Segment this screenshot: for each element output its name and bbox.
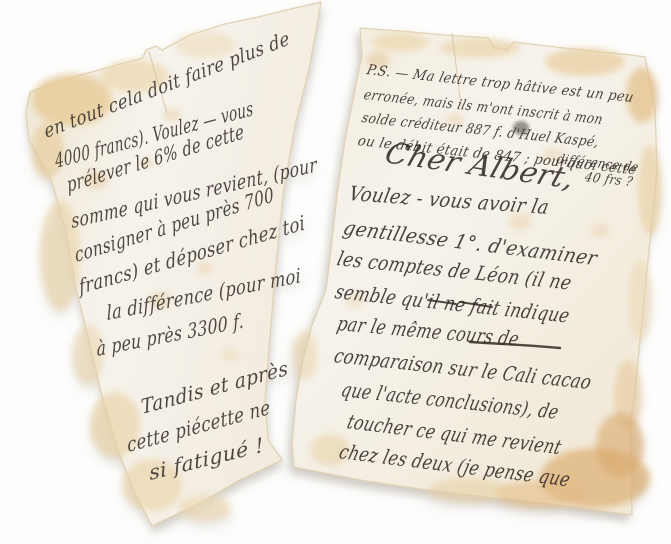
letters-photo: en tout cela doit faire plus de 4000 fra… [0,0,671,544]
ink-smudge [513,121,529,135]
